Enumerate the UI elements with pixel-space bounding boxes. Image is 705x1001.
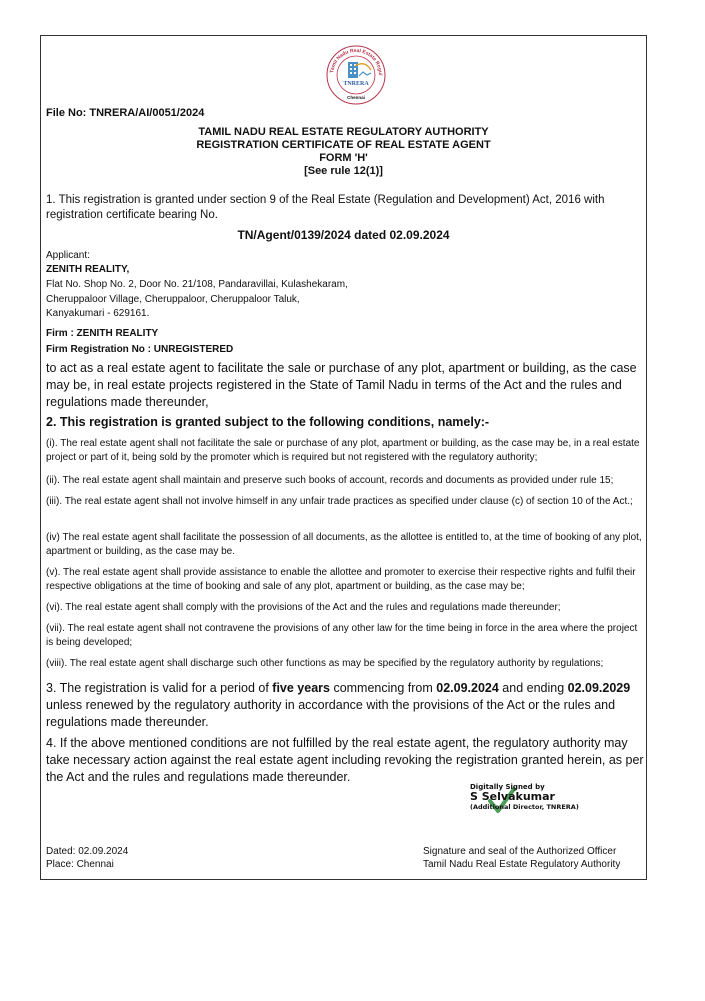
condition-i: (i). The real estate agent shall not fac… [46,437,642,465]
paragraph-act: to act as a real estate agent to facilit… [46,360,641,411]
condition-iv: (iv) The real estate agent shall facilit… [46,531,642,559]
applicant-block: Applicant: ZENITH REALITY, Flat No. Shop… [46,249,348,358]
condition-iii: (iii). The real estate agent shall not i… [46,495,642,509]
condition-vi: (vi). The real estate agent shall comply… [46,601,642,615]
certificate-type: REGISTRATION CERTIFICATE OF REAL ESTATE … [40,139,647,152]
certificate-number: TN/Agent/0139/2024 dated 02.09.2024 [40,228,647,242]
form-name: FORM 'H' [40,152,647,165]
footer-date-place: Dated: 02.09.2024 Place: Chennai [46,845,128,871]
footer-signature-block: Signature and seal of the Authorized Off… [423,845,620,871]
end-date: 02.09.2029 [568,681,631,695]
condition-viii: (viii). The real estate agent shall disc… [46,657,642,671]
paragraph-4: 4. If the above mentioned conditions are… [46,735,646,786]
firm-name: Firm : ZENITH REALITY [46,326,348,342]
signatory-designation: (Additional Director, TNRERA) [470,803,579,811]
conditions-heading: 2. This registration is granted subject … [46,415,636,430]
signatory-name: S Selvakumar [470,791,579,803]
firm-registration: Firm Registration No : UNREGISTERED [46,342,348,358]
dated: Dated: 02.09.2024 [46,845,128,858]
applicant-address-line1: Flat No. Shop No. 2, Door No. 21/108, Pa… [46,277,348,293]
condition-vii: (vii). The real estate agent shall not c… [46,622,642,650]
digital-signature: Digitally Signed by S Selvakumar (Additi… [470,783,579,811]
applicant-address-line2: Cheruppaloor Village, Cheruppaloor, Cher… [46,293,348,307]
place: Place: Chennai [46,858,128,871]
paragraph-1: 1. This registration is granted under se… [46,193,636,223]
authority-caption: Tamil Nadu Real Estate Regulatory Author… [423,858,620,871]
tnrera-logo-icon: Tamil Nadu Real Estate Regulatory Author… [325,44,387,106]
condition-v: (v). The real estate agent shall provide… [46,566,642,594]
file-number: File No: TNRERA/AI/0051/2024 [46,107,204,119]
svg-text:TNRERA: TNRERA [343,81,369,87]
start-date: 02.09.2024 [436,681,499,695]
paragraph-3: 3. The registration is valid for a perio… [46,680,641,731]
condition-ii: (ii). The real estate agent shall mainta… [46,474,642,488]
applicant-address-line3: Kanyakumari - 629161. [46,307,348,321]
applicant-label: Applicant: [46,249,348,263]
signature-caption: Signature and seal of the Authorized Off… [423,845,620,858]
authority-name: TAMIL NADU REAL ESTATE REGULATORY AUTHOR… [40,126,647,139]
rule-reference: [See rule 12(1)] [40,165,647,178]
svg-text:Chennai: Chennai [347,95,365,100]
validity-period: five years [272,681,330,695]
certificate-title: TAMIL NADU REAL ESTATE REGULATORY AUTHOR… [40,126,647,178]
applicant-name: ZENITH REALITY, [46,263,348,277]
